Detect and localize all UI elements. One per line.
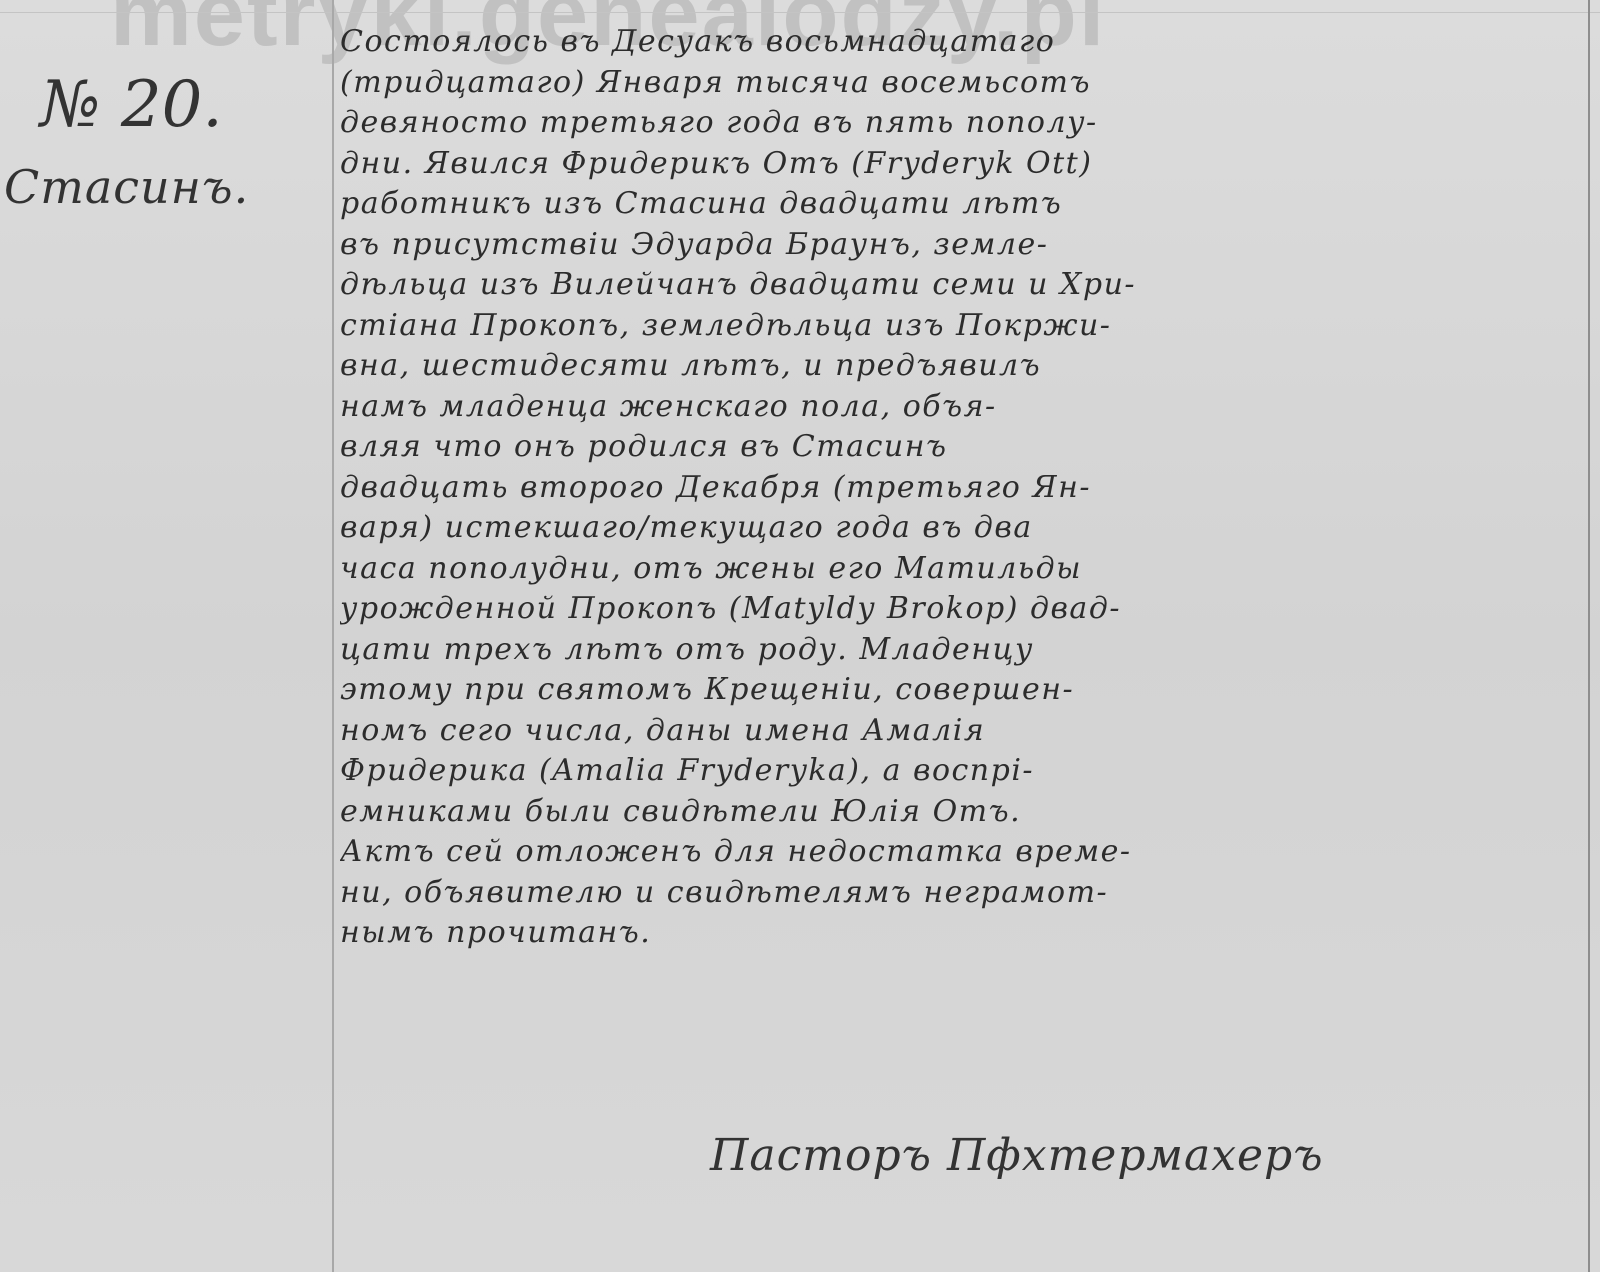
record-line: въ присутствiи Эдуарда Браунъ, земле- [340,225,1570,266]
record-line: стiана Прокопъ, земледѣльца изъ Покржи- [340,306,1570,347]
pastor-signature: Пасторъ Пфхтермахеръ [710,1130,1324,1181]
record-line: урожденной Прокопъ (Matyldy Brokop) двад… [340,589,1570,630]
record-line: работникъ изъ Стасина двадцати лѣтъ [340,184,1570,225]
record-line: этому при святомъ Крещенiи, совершен- [340,670,1570,711]
record-line: Состоялось въ Десуакъ восьмнадцатаго [340,22,1570,63]
record-line: намъ младенца женскаго пола, объя- [340,387,1570,428]
record-line: дѣльца изъ Вилейчанъ двадцати семи и Хри… [340,265,1570,306]
record-line: вляя что онъ родился въ Стасинъ [340,427,1570,468]
record-line: девяносто третьяго года въ пять пополу- [340,103,1570,144]
record-body: Состоялось въ Десуакъ восьмнадцатаго (тр… [340,22,1570,954]
record-line: часа пополудни, отъ жены его Матильды [340,549,1570,590]
margin-divider-line [332,0,334,1272]
place-name: Стасинъ. [4,160,249,214]
right-border-line [1588,0,1590,1272]
record-line: цати трехъ лѣтъ отъ роду. Младенцу [340,630,1570,671]
record-line: емниками были свидѣтели Юлiя Отъ. [340,792,1570,833]
top-rule [0,12,1600,13]
record-line: двадцать второго Декабря (третьяго Ян- [340,468,1570,509]
record-line: (тридцатаго) Января тысяча восемьсотъ [340,63,1570,104]
record-line: нымъ прочитанъ. [340,913,1570,954]
record-line: номъ сего числа, даны имена Амалiя [340,711,1570,752]
entry-number: № 20. [40,68,223,142]
record-line: ни, объявителю и свидѣтелямъ неграмот- [340,873,1570,914]
record-line: вна, шестидесяти лѣтъ, и предъявилъ [340,346,1570,387]
record-line: Актъ сей отложенъ для недостатка време- [340,832,1570,873]
record-line: Фридерика (Amalia Fryderyka), а воспрi- [340,751,1570,792]
record-line: дни. Явился Фридерикъ Отъ (Fryderyk Ott) [340,144,1570,185]
record-line: варя) истекшаго/текущаго года въ два [340,508,1570,549]
